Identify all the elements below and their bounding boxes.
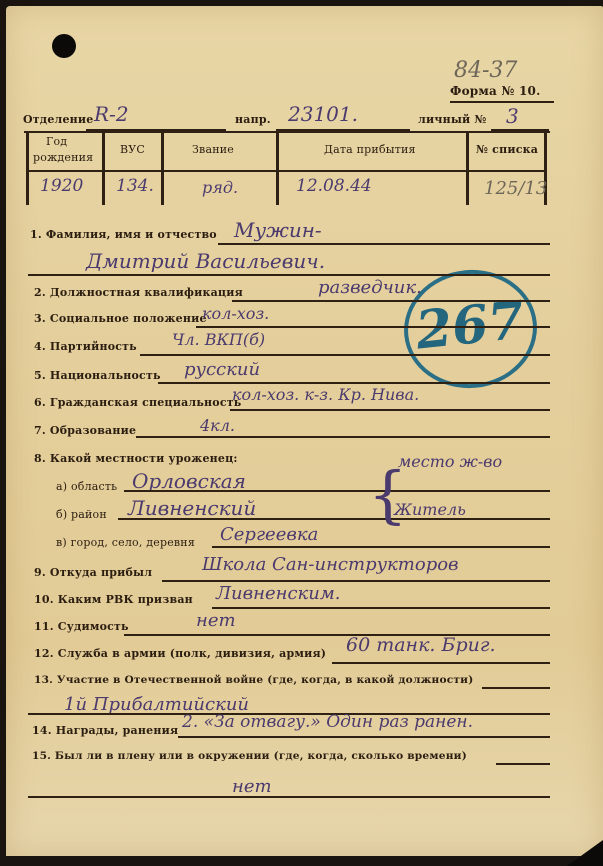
field-label-full-name: 1. Фамилия, имя и отчество xyxy=(30,228,217,241)
field-label-awards: 14. Награды, ранения xyxy=(32,724,178,737)
table-header-rank: Звание xyxy=(192,143,234,156)
personal-number-label: личный № xyxy=(418,113,487,126)
field-underline xyxy=(212,546,550,548)
field-value-social-status: кол-хоз. xyxy=(202,304,269,323)
field-value-awards: 2. «За отвагу.» Один раз ранен. xyxy=(182,712,473,732)
field-label-conviction: 11. Судимость xyxy=(34,620,129,633)
field-label-education: 7. Образование xyxy=(34,424,136,437)
table-col-divider xyxy=(276,133,279,205)
field-value-party: Чл. ВКП(б) xyxy=(172,330,265,349)
field-underline xyxy=(496,763,550,765)
field-label-war-participation: 13. Участие в Отечественной войне (где, … xyxy=(34,674,473,686)
cell-rank: ряд. xyxy=(202,178,238,197)
field-label-army-service: 12. Служба в армии (полк, дивизия, армия… xyxy=(34,647,326,660)
field-value-district: Ливненский xyxy=(128,496,256,520)
table-header-separator xyxy=(28,170,546,172)
field-underline xyxy=(118,518,550,520)
field-underline xyxy=(218,243,550,245)
field-underline xyxy=(232,300,550,302)
field-label-social-status: 3. Социальное положение xyxy=(34,312,207,325)
department-label: Отделение xyxy=(23,113,94,126)
archive-number: 84-37 xyxy=(454,58,517,83)
field-underline xyxy=(332,662,550,664)
table-col-divider xyxy=(466,133,469,205)
table-header-arrival-date: Дата прибытия xyxy=(324,143,416,156)
field-value-rvk: Ливненским. xyxy=(216,583,341,604)
department-value: R-2 xyxy=(94,102,129,126)
direction-value: 23101. xyxy=(288,102,358,126)
table-header-year-line2: рождения xyxy=(33,151,93,164)
field-value-qualification: разведчик. xyxy=(318,277,422,298)
field-underline xyxy=(140,354,550,356)
field-label-region: а) область xyxy=(56,480,117,493)
field-label-nationality: 5. Национальность xyxy=(34,369,161,382)
table-col-divider xyxy=(26,133,29,205)
field-value-name-patronymic: Дмитрий Васильевич. xyxy=(86,249,325,273)
document-page: 84-37 Форма № 10. Отделение R-2 напр. 23… xyxy=(6,6,603,856)
field-underline xyxy=(28,274,550,276)
field-value-village: Сергеевка xyxy=(220,524,318,545)
cell-arrival-date: 12.08.44 xyxy=(296,176,372,196)
field-underline xyxy=(158,382,550,384)
table-header-vus: ВУС xyxy=(120,143,145,156)
form-label: Форма № 10. xyxy=(450,84,540,98)
cell-list-number: 125/13 xyxy=(484,178,547,199)
field-label-party: 4. Партийность xyxy=(34,340,137,353)
field-underline xyxy=(212,607,550,609)
field-underline xyxy=(482,687,550,689)
field-value-conviction: нет xyxy=(196,610,236,631)
field-value-captivity: нет xyxy=(232,776,272,797)
cell-vus: 134. xyxy=(116,176,154,196)
field-value-army-service: 60 танк. Бриг. xyxy=(346,634,496,656)
residence-note-line1: место ж-во xyxy=(398,452,502,471)
direction-label: напр. xyxy=(235,113,271,126)
personal-number-value: 3 xyxy=(506,104,519,128)
punch-hole xyxy=(52,34,76,58)
field-value-nationality: русский xyxy=(184,359,260,380)
field-underline xyxy=(124,490,550,492)
field-label-birthplace: 8. Какой местности уроженец: xyxy=(34,452,238,465)
field-underline xyxy=(230,409,550,411)
cell-birth-year: 1920 xyxy=(40,176,83,196)
field-label-district: б) район xyxy=(56,508,107,521)
field-value-civil-specialty: кол-хоз. к-з. Кр. Нива. xyxy=(232,385,419,404)
field-value-education: 4кл. xyxy=(200,416,235,435)
field-label-arrived-from: 9. Откуда прибыл xyxy=(34,566,152,579)
table-header-list-number: № списка xyxy=(476,143,538,156)
field-label-rvk: 10. Каким РВК призван xyxy=(34,593,193,606)
form-underline xyxy=(450,101,554,103)
field-underline xyxy=(162,580,550,582)
field-value-arrived-from: Школа Сан-инструкторов xyxy=(202,554,459,575)
table-header-year-line1: Год xyxy=(46,135,67,148)
field-value-surname: Мужин- xyxy=(234,218,322,242)
field-label-captivity: 15. Был ли в плену или в окружении (где,… xyxy=(32,750,467,762)
field-underline xyxy=(178,736,550,738)
field-label-village: в) город, село, деревня xyxy=(56,536,195,549)
field-label-qualification: 2. Должностная квалификация xyxy=(34,286,243,299)
table-col-divider xyxy=(161,133,164,205)
page-corner-shadow xyxy=(567,840,603,866)
curly-bracket-mark: { xyxy=(368,464,407,526)
table-col-divider xyxy=(102,133,105,205)
field-underline xyxy=(136,436,550,438)
field-underline xyxy=(28,796,550,798)
field-label-civil-specialty: 6. Гражданская специальность xyxy=(34,396,241,409)
field-underline xyxy=(196,326,550,328)
